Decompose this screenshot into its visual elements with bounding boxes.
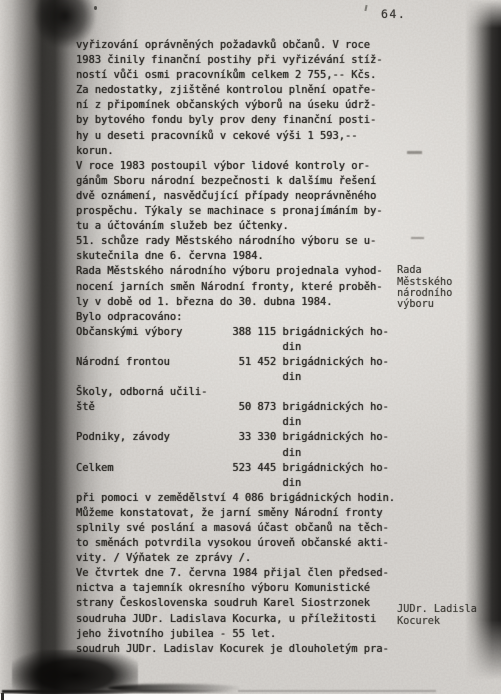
document-body-text: vyřizování oprávněných požadavků občanů.… [76,38,395,657]
margin-note-text: Rada Městského národního výboru [397,265,452,310]
page-number: 64. [381,7,406,21]
margin-note-text: JUDr. Ladisla Kocurek [397,604,477,629]
stray-dash-mark [411,237,424,239]
paragraph-kocurek-jubilee: Ve čtvrtek dne 7. června 1984 přijal čle… [76,566,395,657]
scan-bottom-white-strip [0,694,501,700]
ink-speck [94,6,97,10]
scan-corner-tick [1,693,4,700]
stray-dash-mark [407,151,422,154]
scanned-document-canvas: { "page": { "number": "64.", "body": { "… [0,0,501,700]
paragraph-finance-penalties: vyřizování oprávněných požadavků občanů.… [76,38,395,234]
margin-note-judr-ladislav-kocurek: JUDr. Ladisla Kocurek [397,579,477,640]
paragraph-council-meeting-and-hours: 51. schůze rady Městského národního výbo… [76,234,395,566]
margin-note-rada-mestskeho-narodniho-vyboru: Rada Městského národního výboru [397,243,452,321]
